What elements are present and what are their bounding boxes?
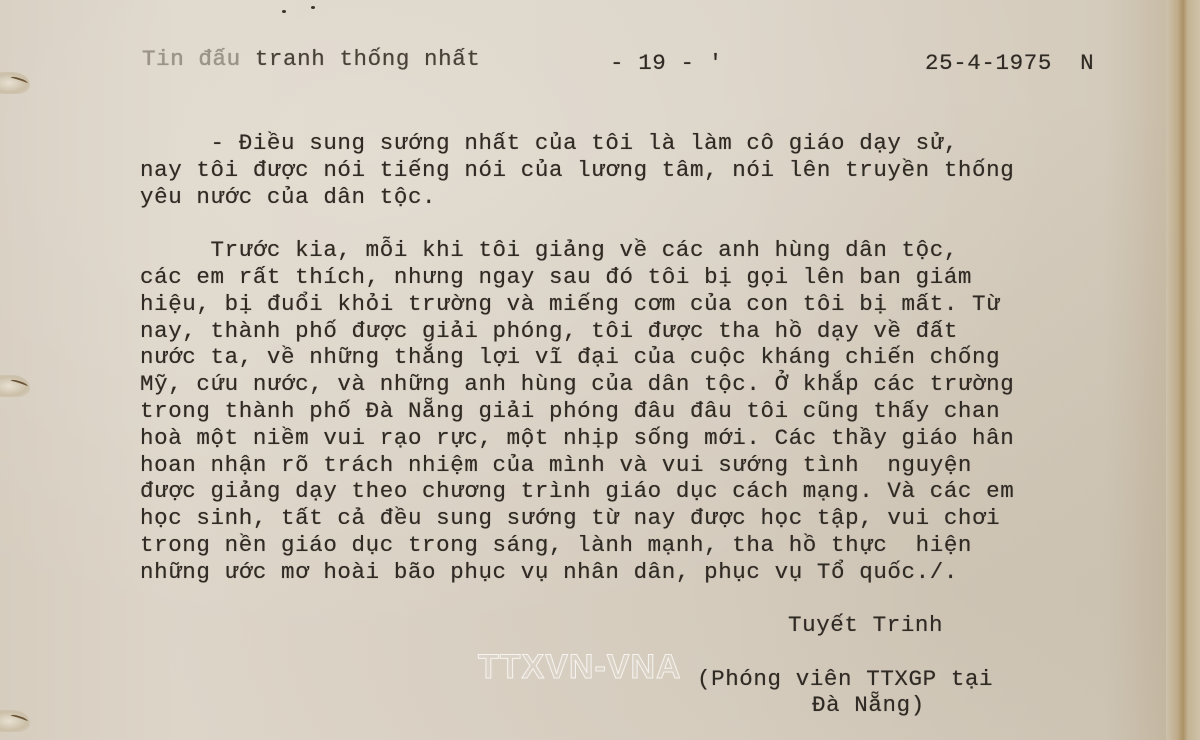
ink-speck [311,6,315,9]
page-number: - 19 - ' [610,50,723,76]
header-code: N [1080,50,1094,76]
header-publication: Tin đấu tranh thống nhất [142,46,480,72]
author-affiliation-line2: Đà Nẵng) [812,692,925,718]
body-line: hoan nhận rõ trách nhiệm của mình và vui… [140,452,972,478]
punch-hole-icon [0,375,30,397]
body-line: được giảng dạy theo chương trình giáo dụ… [140,478,1014,504]
agency-watermark: TTXVN-VNA [478,648,682,687]
header-publication-text: tranh thống nhất [255,46,481,72]
body-line: - Điều sung sướng nhất của tôi là làm cô… [140,130,958,156]
body-line: học sinh, tất cả đều sung sướng từ nay đ… [140,505,1000,531]
body-line: yêu nước của dân tộc. [140,184,436,210]
body-line: nay tôi được nói tiếng nói của lương tâm… [140,157,1014,183]
punch-hole-icon [0,72,30,94]
body-line: Trước kia, mỗi khi tôi giảng về các anh … [140,237,958,263]
body-line: trong nền giáo dục trong sáng, lành mạnh… [140,532,972,558]
body-line: nước ta, về những thắng lợi vĩ đại của c… [140,344,1000,370]
author-affiliation-line1: (Phóng viên TTXGP tại [697,666,993,692]
typewritten-page: Tin đấu tranh thống nhất - 19 - ' 25-4-1… [0,0,1200,740]
body-line: những ước mơ hoài bão phục vụ nhân dân, … [140,559,958,585]
body-line: trong thành phố Đà Nẵng giải phóng đâu đ… [140,398,1000,424]
header-publication-faded: Tin đấu [142,46,255,72]
date-text: 25-4-1975 [925,50,1052,76]
body-line: các em rất thích, nhưng ngay sau đó tôi … [140,264,972,290]
ink-speck [282,10,286,13]
header-date: 25-4-1975 N [925,50,1094,76]
author-signature: Tuyết Trinh [788,612,943,638]
body-line: hoà một niềm vui rạo rực, một nhịp sống … [140,425,1014,451]
punch-hole-icon [0,710,30,732]
body-line: nay, thành phố được giải phóng, tôi được… [140,318,958,344]
body-line: Mỹ, cứu nước, và những anh hùng của dân … [140,371,1014,397]
binding-edge [1166,0,1200,740]
body-line: hiệu, bị đuổi khỏi trường và miếng cơm c… [140,291,1000,317]
